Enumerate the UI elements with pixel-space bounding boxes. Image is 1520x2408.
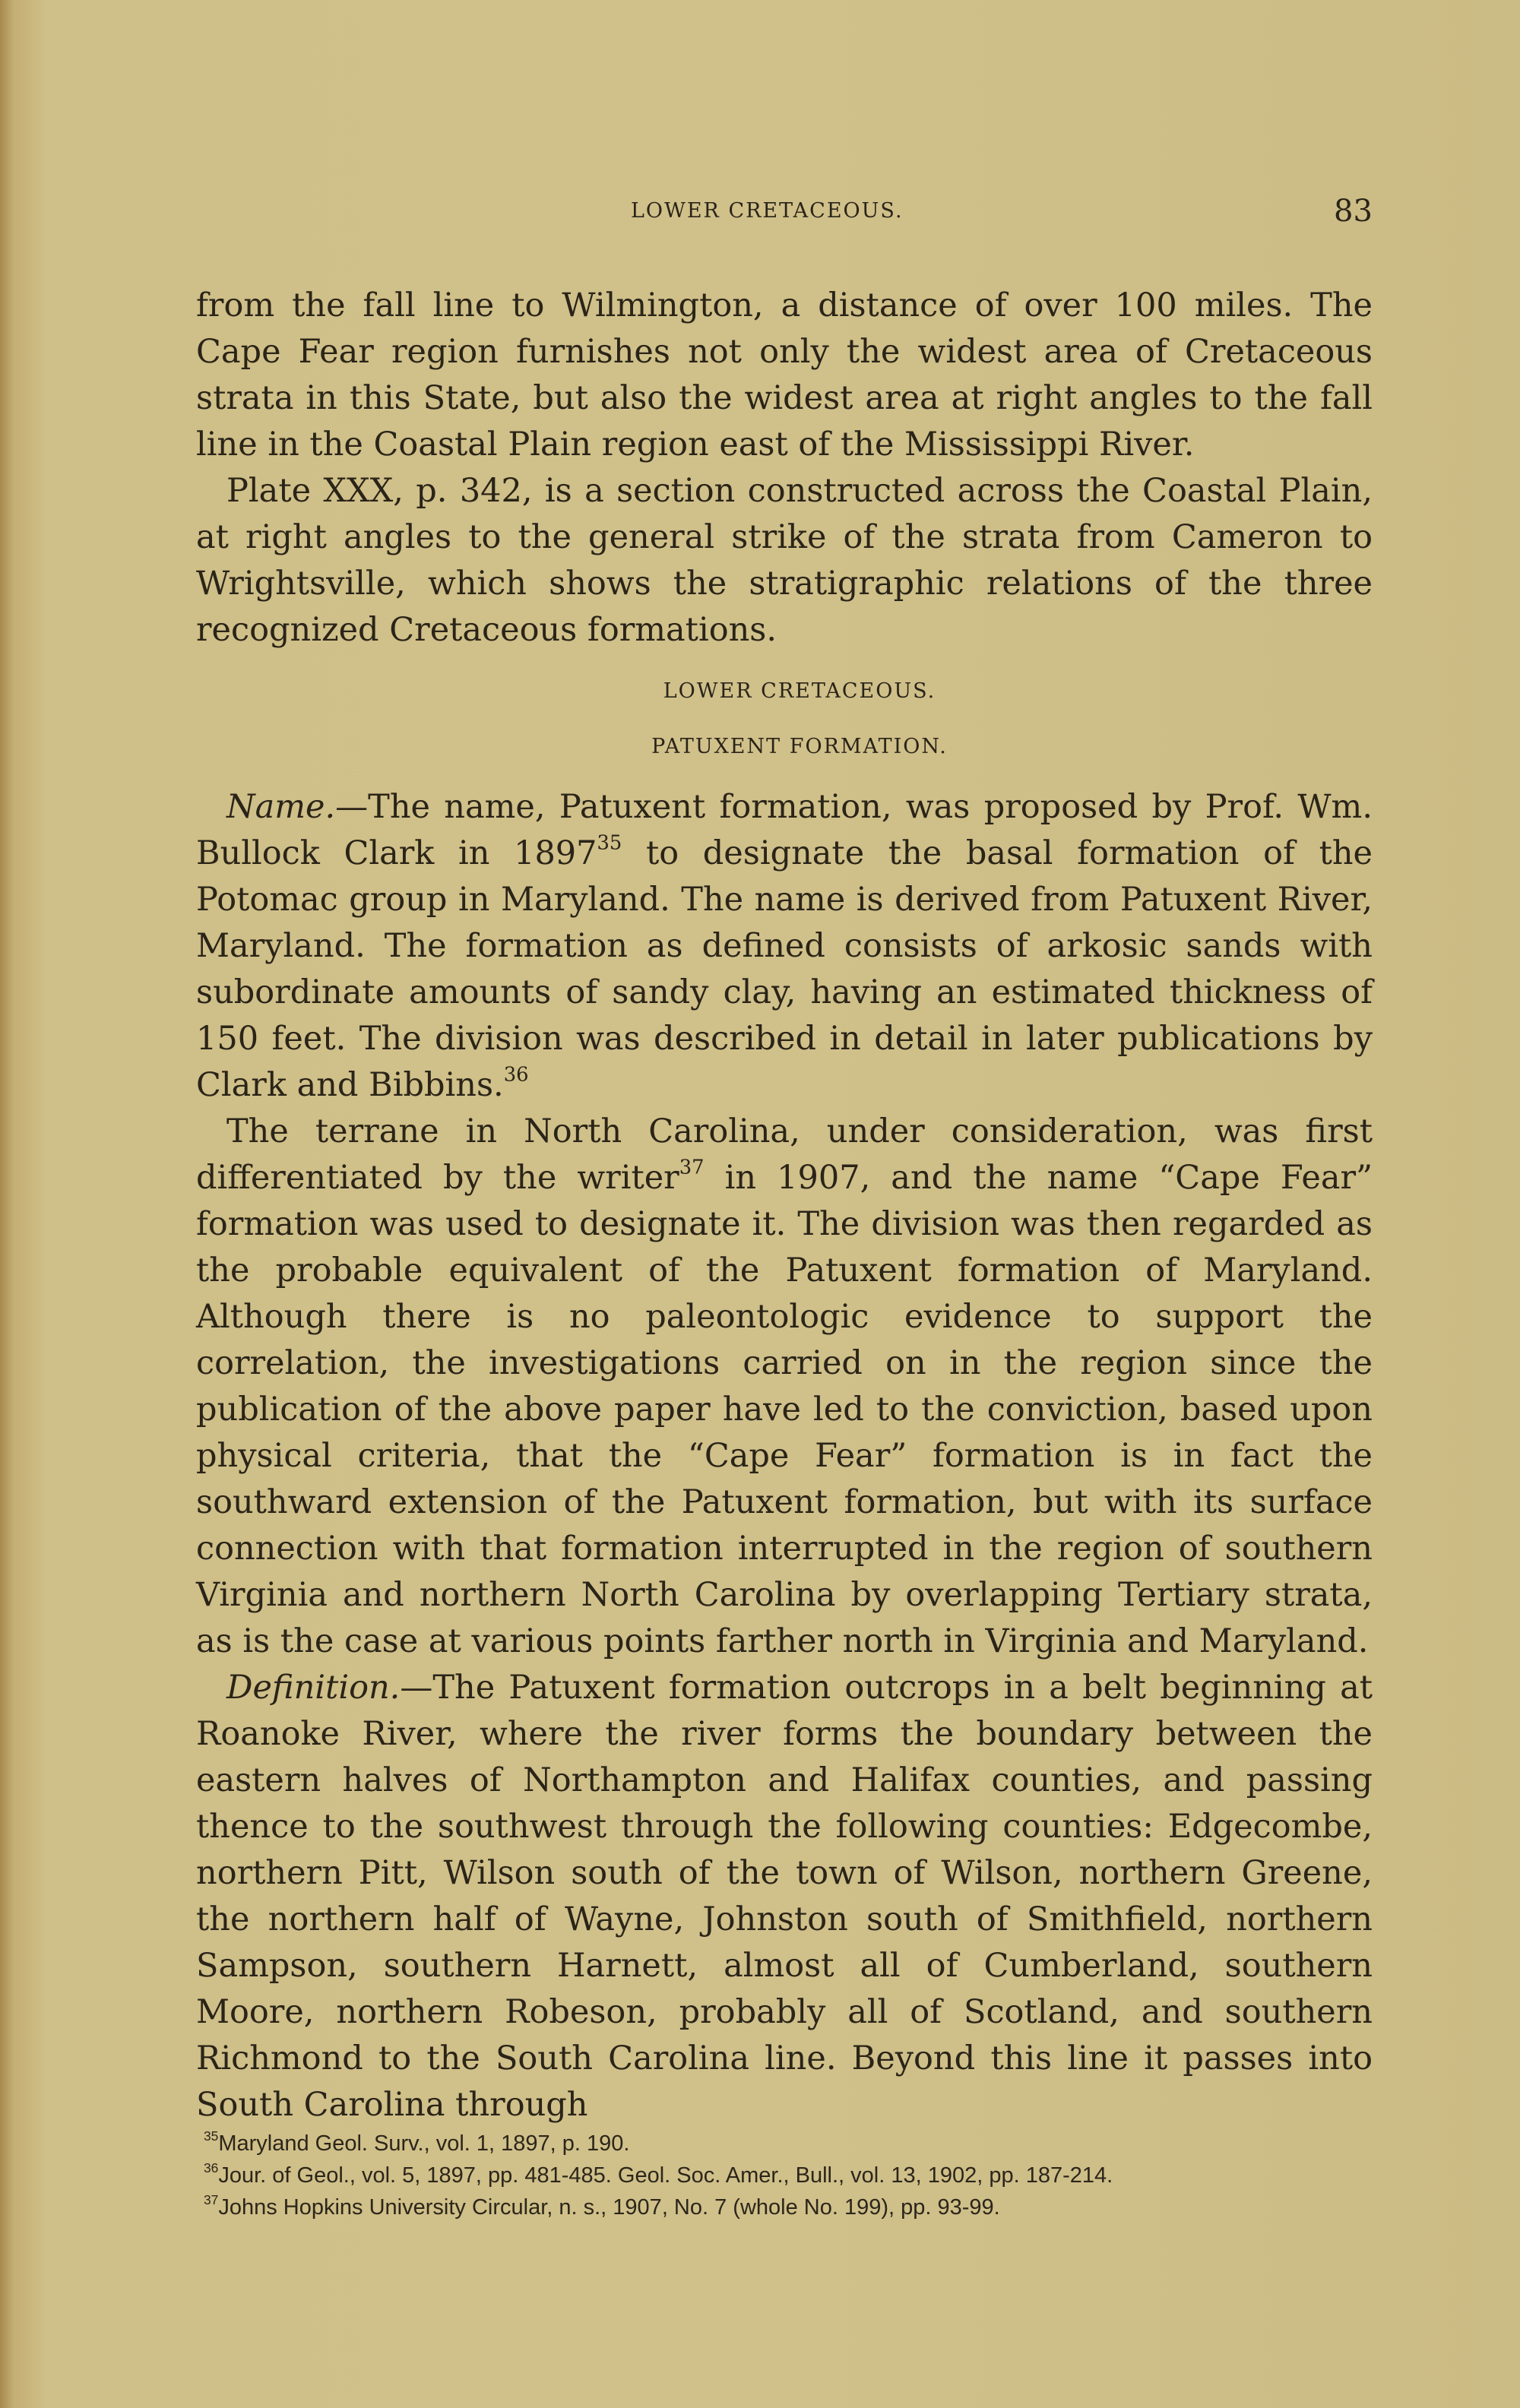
running-head: LOWER CRETACEOUS. xyxy=(631,199,904,223)
footnote-ref-36[interactable]: 36 xyxy=(504,1064,529,1087)
footnote: 35Maryland Geol. Surv., vol. 1, 1897, p.… xyxy=(204,2128,1389,2160)
body-text: from the fall line to Wilmington, a dist… xyxy=(196,283,1373,2128)
section-heading: LOWER CRETACEOUS. xyxy=(196,666,1373,717)
paragraph-terrane: The terrane in North Carolina, under con… xyxy=(196,1109,1373,1665)
paragraph-continued: from the fall line to Wilmington, a dist… xyxy=(196,283,1373,468)
footnotes: 35Maryland Geol. Surv., vol. 1, 1897, p.… xyxy=(204,2128,1389,2223)
footnote-ref-35[interactable]: 35 xyxy=(597,832,622,855)
section-subheading: PATUXENT FORMATION. xyxy=(196,717,1373,777)
page-number: 83 xyxy=(1334,194,1373,229)
footnote-ref-37[interactable]: 37 xyxy=(679,1157,705,1179)
paragraph-definition: Definition.—The Patuxent formation outcr… xyxy=(196,1665,1373,2128)
footnote: 36Jour. of Geol., vol. 5, 1897, pp. 481-… xyxy=(204,2160,1389,2191)
definition-label: Definition. xyxy=(226,1669,400,1707)
name-label: Name. xyxy=(226,788,335,826)
footnote: 37Johns Hopkins University Circular, n. … xyxy=(204,2191,1389,2223)
paragraph-plate: Plate XXX, p. 342, is a section construc… xyxy=(196,468,1373,653)
paragraph-name: Name.—The name, Patuxent formation, was … xyxy=(196,784,1373,1109)
book-page: LOWER CRETACEOUS. 83 from the fall line … xyxy=(0,0,1520,2408)
